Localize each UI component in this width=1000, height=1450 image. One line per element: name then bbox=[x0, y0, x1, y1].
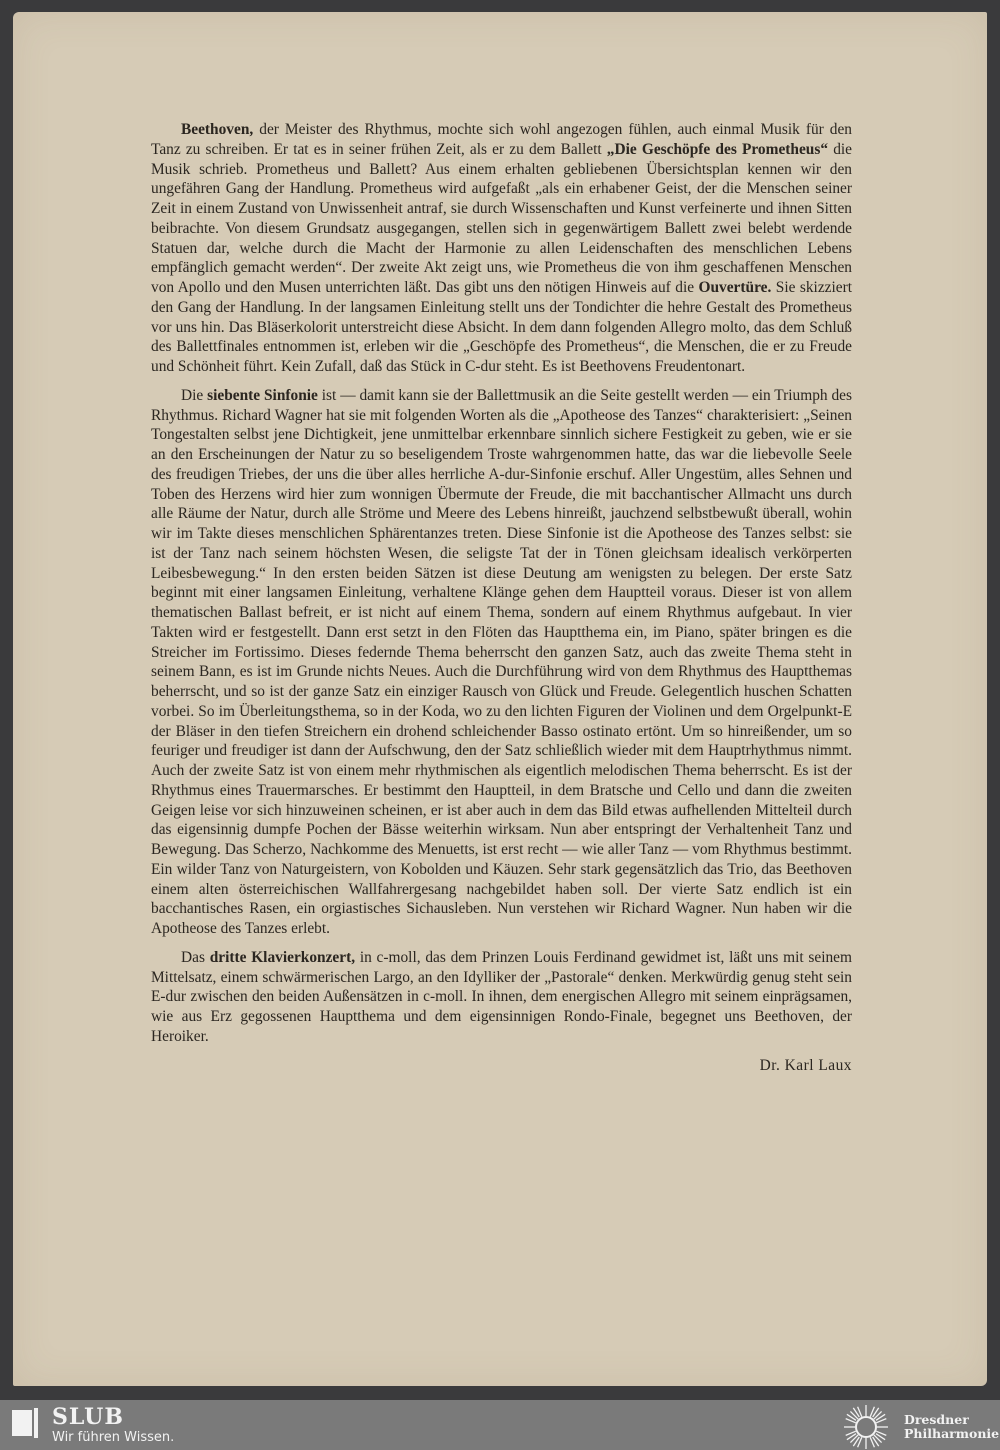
paragraph-piano-concerto: Das dritte Klavierkonzert, in c-moll, da… bbox=[151, 948, 852, 1047]
author-signature: Dr. Karl Laux bbox=[151, 1056, 852, 1076]
bold-term: „Die Geschöpfe des Prometheus“ bbox=[607, 141, 828, 158]
book-icon bbox=[12, 1408, 38, 1438]
bold-term: siebente Sinfonie bbox=[207, 387, 318, 404]
scanned-page: Beethoven, der Meister des Rhythmus, moc… bbox=[13, 12, 987, 1386]
philharmonie-logo-link[interactable]: Dresdner Philharmonie bbox=[842, 1403, 999, 1450]
bold-term: dritte Klavierkonzert, bbox=[210, 949, 355, 966]
text-run: Das bbox=[181, 949, 210, 966]
paragraph-prometheus: Beethoven, der Meister des Rhythmus, moc… bbox=[151, 120, 852, 377]
bold-term: Ouvertüre. bbox=[699, 279, 772, 296]
slub-tagline: Wir führen Wissen. bbox=[52, 1430, 174, 1446]
text-run: ist — damit kann sie der Ballettmusik an… bbox=[151, 387, 852, 937]
footer-bar: SLUB Wir führen Wissen. Dresdner bbox=[0, 1400, 1000, 1450]
article-text: Beethoven, der Meister des Rhythmus, moc… bbox=[151, 120, 852, 1075]
sunburst-logo-icon bbox=[842, 1403, 890, 1450]
bold-term: Beethoven, bbox=[181, 121, 253, 138]
text-run: die Musik schrieb. Prometheus und Ballet… bbox=[151, 141, 852, 296]
philharmonie-line2: Philharmonie bbox=[904, 1427, 999, 1441]
text-run: Die bbox=[181, 387, 207, 404]
slub-logo-link[interactable]: SLUB Wir führen Wissen. bbox=[12, 1404, 174, 1446]
slub-name: SLUB bbox=[52, 1404, 174, 1430]
paragraph-seventh-symphony: Die siebente Sinfonie ist — damit kann s… bbox=[151, 386, 852, 939]
philharmonie-line1: Dresdner bbox=[904, 1413, 999, 1427]
